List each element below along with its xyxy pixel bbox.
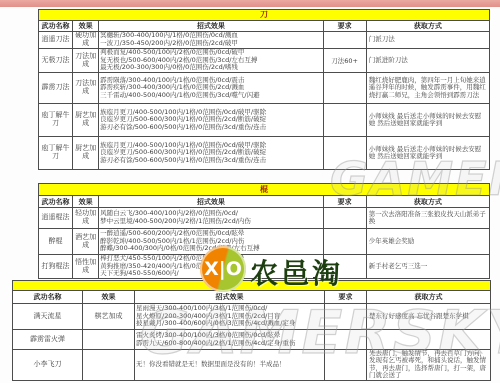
skill-effect bbox=[83, 350, 135, 381]
skill-name: 打狗棍法 bbox=[39, 255, 73, 279]
move-line: 三千雷动/400-500/400内/1格/0范围伤/3cd/噬气/闪避 bbox=[100, 92, 321, 100]
move-line: 游刃必有馀/500-600/500内/1格/0范围伤/3cd/重伤/连击 bbox=[100, 124, 321, 132]
header-row: 武功名称 效果 招式效果 要求 获取方式 bbox=[39, 196, 490, 208]
table-row: 庖丁解牛刀 厨艺加成 族庖月更刀/400-500/100内/1格/0范围伤/0c… bbox=[39, 104, 490, 137]
column-header: 招式效果 bbox=[135, 291, 325, 304]
skill-name: 庖丁解牛刀 bbox=[39, 104, 73, 137]
nongyitao-logo-icon: X|O bbox=[200, 246, 246, 292]
skill-effect: 酒艺加成 bbox=[73, 229, 99, 255]
banner-row: 棍 bbox=[39, 184, 490, 196]
skill-effect: 刀法加成 bbox=[73, 49, 99, 73]
screenshot-canvas: 刀 武功名称 效果 招式效果 要求 获取方式 逍遥刀法 硬功加成 冥樾斩/300… bbox=[0, 0, 500, 383]
skill-name: 满天流星 bbox=[13, 304, 83, 330]
column-header: 武功名称 bbox=[13, 291, 83, 304]
move-line: 一波刀/350-450/200内/2格/0范围伤/2cd/破甲 bbox=[100, 40, 321, 48]
column-header: 效果 bbox=[83, 291, 135, 304]
martial-arts-table-anqi: 武功名称 效果 招式效果 要求 获取方式 满天流星 棋艺加成 星雨漫天/300-… bbox=[12, 280, 491, 381]
skill-requirement bbox=[323, 208, 366, 229]
skill-moves: 星雨漫天/300-400/100内/3格/1范围伤/0cd/ 星火燎原/200-… bbox=[135, 304, 325, 330]
skill-name: 霹雳雷火弹 bbox=[13, 330, 83, 350]
skill-requirement bbox=[323, 32, 366, 49]
skill-effect: 硬功加成 bbox=[73, 32, 99, 49]
column-header: 效果 bbox=[73, 21, 99, 32]
skill-moves: 雷火炙烤/300-400/100内/3格/0范围伤/0cd/眩晕 霹雳九天/60… bbox=[135, 330, 325, 350]
skill-requirement bbox=[323, 104, 366, 137]
skill-acquire: 小师妹线 最后送走小师妹的时候去安慰她 然后送她回家就能学到 bbox=[366, 104, 489, 137]
martial-arts-table-dao: 刀 武功名称 效果 招式效果 要求 获取方式 逍遥刀法 硬功加成 冥樾斩/300… bbox=[38, 9, 490, 170]
skill-acquire bbox=[367, 330, 491, 350]
column-header: 获取方式 bbox=[367, 291, 491, 304]
column-header: 要求 bbox=[325, 291, 367, 304]
skill-effect bbox=[83, 330, 135, 350]
skill-moves: 冥樾斩/300-400/100内/1格/0范围伤/0cd/溅血 一波刀/350-… bbox=[99, 32, 323, 49]
table-row: 小李飞刀 无！你没看错就是无！数据里面是没有的！半成品！ 先去唐门，触发情节，再… bbox=[13, 350, 491, 381]
skill-name: 醉棍 bbox=[39, 229, 73, 255]
skill-name: 无极刀法 bbox=[39, 49, 73, 73]
column-header: 招式效果 bbox=[99, 21, 323, 32]
move-line: 游刃必有馀/500-600/500内/1格/0范围伤/3cd/重伤/连击 bbox=[100, 157, 321, 165]
skill-acquire: 小师妹线 最后送走小师妹的时候去安慰她 然后送她回家就能学到 bbox=[366, 137, 489, 170]
skill-acquire: 新手村老乞丐三选一 bbox=[366, 255, 489, 279]
table-row: 逍遥棍法 轻功加成 风随白云飞/300-400/100内/2格/0范围伤/0cd… bbox=[39, 208, 490, 229]
skill-requirement: 刀法60+ bbox=[323, 49, 366, 73]
skill-acquire: 门派刀法 bbox=[366, 32, 489, 49]
skill-moves: 霹雳陨落/300-400/100内/1格/0范围伤/0cd/震击 霹雳疾斩/30… bbox=[99, 73, 323, 104]
top-red-strip bbox=[0, 0, 500, 7]
skill-name: 庖丁解牛刀 bbox=[39, 137, 73, 170]
table-row: 霹雳刀法 刀法加成 霹雳陨落/300-400/100内/1格/0范围伤/0cd/… bbox=[39, 73, 490, 104]
table-row: 无极刀法 刀法加成 判极而复/400-500/100内/2格/0范围伤/0cd/… bbox=[39, 49, 490, 73]
skill-moves: 无！你没看错就是无！数据里面是没有的！半成品！ bbox=[135, 350, 325, 381]
header-row: 武功名称 效果 招式效果 要求 获取方式 bbox=[39, 21, 490, 32]
skill-acquire: 少年英雄会奖励 bbox=[366, 229, 489, 255]
skill-requirement bbox=[323, 137, 366, 170]
move-line: 霹雳九天/600-800/400内/2格/1范围伤/4cd/定身/重伤 bbox=[136, 340, 323, 348]
skill-acquire: 先去唐门，触发情节，再去百草门方向，发现有乞丐被毒死，和捕头说话，触发情节，再去… bbox=[367, 350, 491, 381]
skill-name: 逍遥棍法 bbox=[39, 208, 73, 229]
skill-moves: 风随白云飞/300-400/100内/2格/0范围伤/0cd/ 梦中云里境/40… bbox=[99, 208, 323, 229]
weapon-category-banner: 棍 bbox=[39, 184, 490, 196]
column-header: 要求 bbox=[323, 21, 366, 32]
skill-effect: 轻功加成 bbox=[73, 208, 99, 229]
move-line: 无！你没看错就是无！数据里面是没有的！半成品！ bbox=[136, 361, 323, 369]
column-header: 招式效果 bbox=[99, 196, 323, 208]
skill-requirement bbox=[325, 304, 367, 330]
column-header: 效果 bbox=[73, 196, 99, 208]
skill-requirement bbox=[325, 350, 367, 381]
skill-effect: 刀法加成 bbox=[73, 73, 99, 104]
column-header: 武功名称 bbox=[39, 196, 73, 208]
skill-effect: 悟性加成 bbox=[73, 255, 99, 279]
column-header: 获取方式 bbox=[366, 196, 489, 208]
weapon-category-banner: 刀 bbox=[39, 10, 490, 21]
skill-acquire: 第一次去洛阳准备三张狼皮找天山派弟子换 bbox=[366, 208, 489, 229]
table-row: 满天流星 棋艺加成 星雨漫天/300-400/100内/3格/1范围伤/0cd/… bbox=[13, 304, 491, 330]
header-row: 武功名称 效果 招式效果 要求 获取方式 bbox=[13, 291, 491, 304]
skill-moves: 族庖月更刀/400-500/100内/1格/0范围伤/0cd/破甲/驱除 良庖岁… bbox=[99, 137, 323, 170]
skill-name: 小李飞刀 bbox=[13, 350, 83, 381]
table-row: 醉棍 酒艺加成 一醉逍遥/500-600/200内/2格/0范围伤/0cd/眩晕… bbox=[39, 229, 490, 255]
skill-moves: 判极而复/400-500/100内/2格/0范围伤/0cd/破甲 复无极也/50… bbox=[99, 49, 323, 73]
table-row: 庖丁解牛刀 厨艺加成 族庖月更刀/400-500/100内/1格/0范围伤/0c… bbox=[39, 137, 490, 170]
move-line: 披星戴月/300-400/600内/0格/3范围伤/4cd/溅血/定身 bbox=[136, 320, 323, 328]
move-line: 最无极/200-300/300内/0格/0范围伤/2cd/嗜残 bbox=[100, 64, 321, 72]
column-header: 要求 bbox=[323, 196, 366, 208]
skill-moves: 族庖月更刀/400-500/100内/1格/0范围伤/0cd/破甲/驱除 良庖岁… bbox=[99, 104, 323, 137]
nongyitao-brand-watermark: 农邑淘 bbox=[250, 252, 343, 292]
table-row: 霹雳雷火弹 雷火炙烤/300-400/100内/3格/0范围伤/0cd/眩晕 霹… bbox=[13, 330, 491, 350]
skill-effect: 厨艺加成 bbox=[73, 104, 99, 137]
banner-row: 刀 bbox=[39, 10, 490, 21]
skill-requirement bbox=[323, 229, 366, 255]
skill-acquire: 门派进阶刀法 bbox=[366, 49, 489, 73]
move-line: 梦中云里境/400-500/200内/2格/1范围伤/2cd/内伤 bbox=[100, 218, 321, 226]
skill-requirement bbox=[323, 73, 366, 104]
column-header: 武功名称 bbox=[39, 21, 73, 32]
skill-name: 逍遥刀法 bbox=[39, 32, 73, 49]
column-header: 获取方式 bbox=[366, 21, 489, 32]
skill-name: 霹雳刀法 bbox=[39, 73, 73, 104]
skill-acquire: 楚东行好感度高 忘忧谷跟楚东学棋 bbox=[367, 304, 491, 330]
skill-effect: 棋艺加成 bbox=[83, 304, 135, 330]
table-row: 逍遥刀法 硬功加成 冥樾斩/300-400/100内/1格/0范围伤/0cd/溅… bbox=[39, 32, 490, 49]
skill-acquire: 魏红烧好肥鹿肉，第四年一月上旬她来逍遥谷拜年的时候，触发霹雳事件，用魏红烧打赢二… bbox=[366, 73, 489, 104]
skill-effect: 厨艺加成 bbox=[73, 137, 99, 170]
skill-requirement bbox=[325, 330, 367, 350]
